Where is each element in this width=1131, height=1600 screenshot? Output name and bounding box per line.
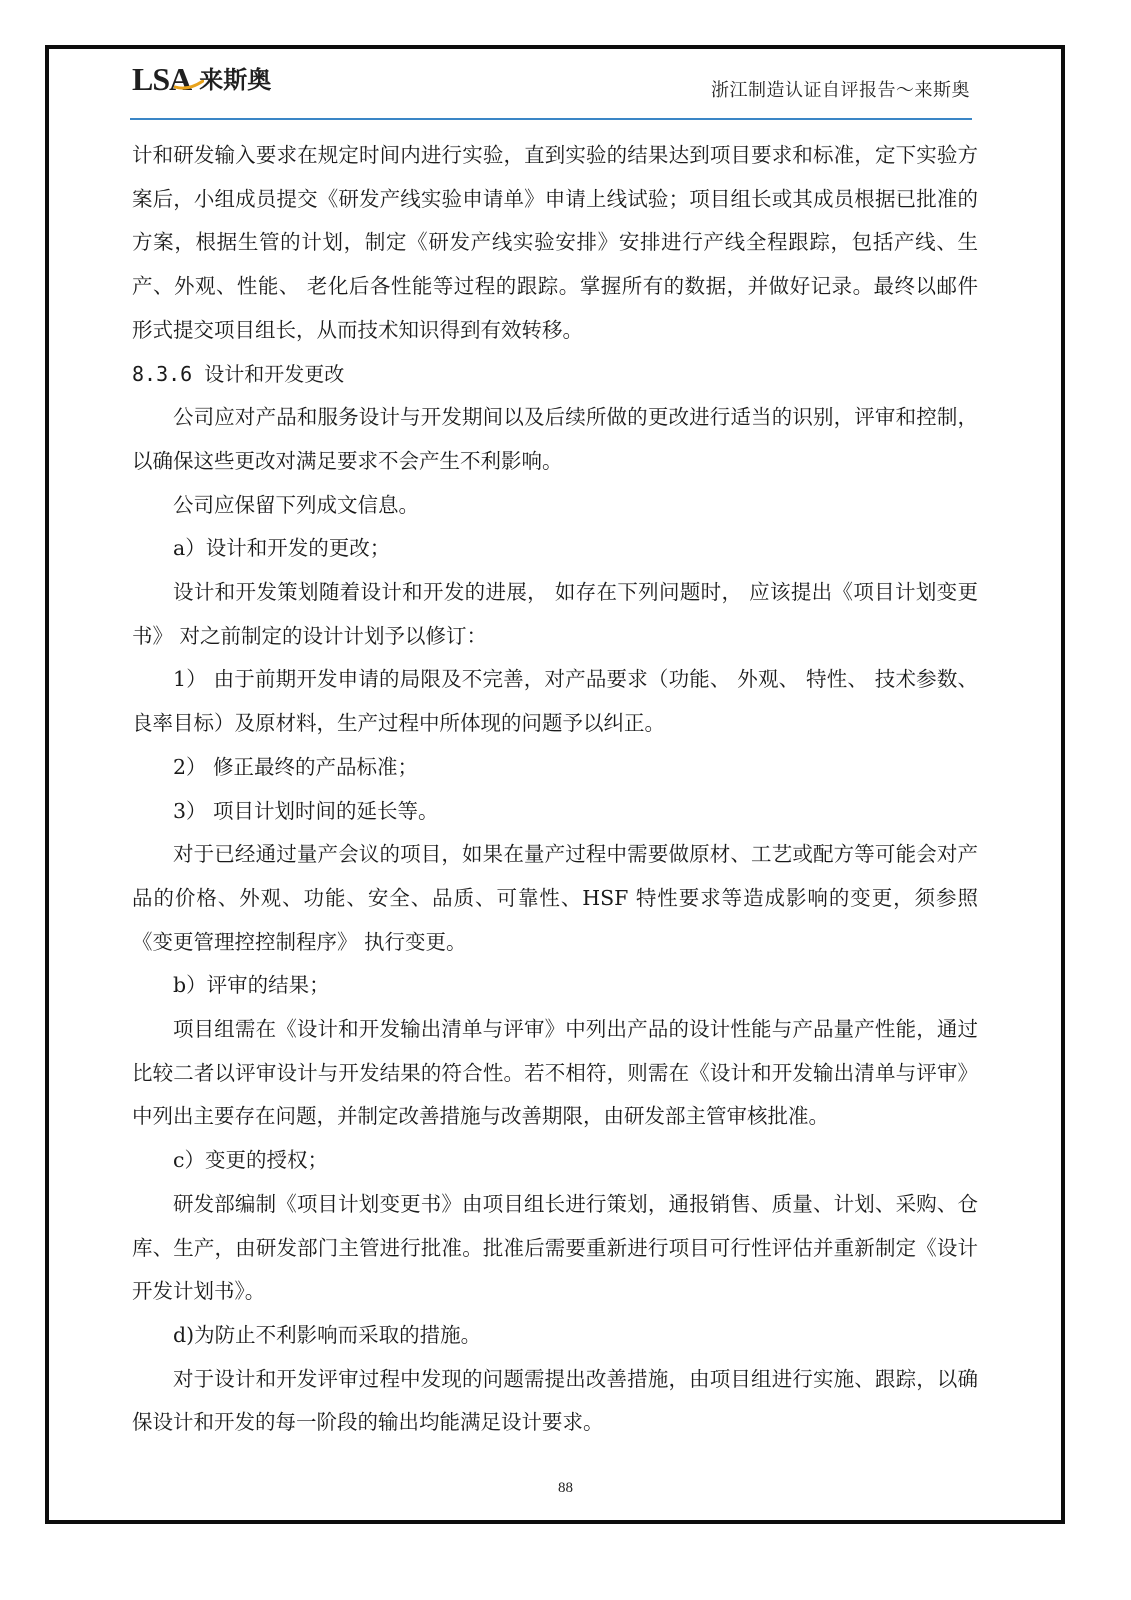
- page-header: LSA 来斯奥 浙江制造认证自评报告～来斯奥: [130, 62, 972, 122]
- numbered-item-3: 3） 项目计划时间的延长等。: [132, 790, 978, 834]
- numbered-item-2: 2） 修正最终的产品标准；: [132, 746, 978, 790]
- logo-swoosh-icon: [174, 80, 204, 90]
- paragraph: 项目组需在《设计和开发输出清单与评审》中列出产品的设计性能与产品量产性能，通过比…: [132, 1008, 978, 1139]
- paragraph: 设计和开发策划随着设计和开发的进展， 如存在下列问题时， 应该提出《项目计划变更…: [132, 571, 978, 658]
- paragraph: 研发部编制《项目计划变更书》由项目组长进行策划，通报销售、质量、计划、采购、仓库…: [132, 1183, 978, 1314]
- list-item-b: b）评审的结果；: [132, 964, 978, 1008]
- paragraph: 对于已经通过量产会议的项目，如果在量产过程中需要做原材、工艺或配方等可能会对产品…: [132, 833, 978, 964]
- paragraph: 公司应对产品和服务设计与开发期间以及后续所做的更改进行适当的识别，评审和控制，以…: [132, 396, 978, 483]
- document-body: 计和研发输入要求在规定时间内进行实验，直到实验的结果达到项目要求和标准，定下实验…: [132, 134, 978, 1445]
- paragraph: 对于设计和开发评审过程中发现的问题需提出改善措施，由项目组进行实施、跟踪，以确保…: [132, 1358, 978, 1445]
- document-title: 浙江制造认证自评报告～来斯奥: [711, 76, 970, 102]
- paragraph: 公司应保留下列成文信息。: [132, 484, 978, 528]
- section-heading: 8.3.6 设计和开发更改: [132, 353, 978, 397]
- list-item-c: c）变更的授权；: [132, 1139, 978, 1183]
- header-divider: [130, 118, 972, 120]
- paragraph-continuation: 计和研发输入要求在规定时间内进行实验，直到实验的结果达到项目要求和标准，定下实验…: [132, 134, 978, 353]
- numbered-item-1: 1） 由于前期开发申请的局限及不完善，对产品要求（功能、 外观、 特性、 技术参…: [132, 658, 978, 745]
- company-logo: LSA 来斯奥: [132, 62, 271, 96]
- logo-latin-text: LSA: [132, 62, 191, 96]
- logo-chinese-text: 来斯奥: [199, 64, 271, 96]
- list-item-a: a）设计和开发的更改；: [132, 527, 978, 571]
- page-number: 88: [0, 1480, 1131, 1497]
- list-item-d: d)为防止不利影响而采取的措施。: [132, 1314, 978, 1358]
